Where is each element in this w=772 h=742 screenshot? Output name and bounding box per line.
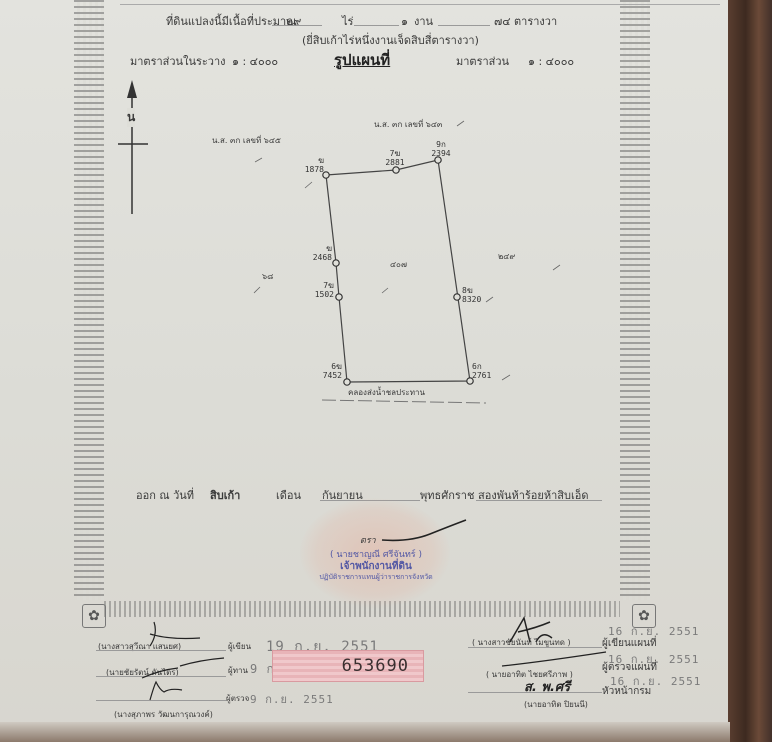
issue-year: สองพันห้าร้อยห้าสิบเอ็ด (478, 486, 588, 504)
reviewer-role: ผู้ทาน (228, 664, 248, 677)
point-label: ฆ2468 (308, 244, 332, 262)
serial-number-stamp: 653690 (272, 650, 424, 682)
map-checker-signature (500, 650, 610, 670)
chief-sign-line (468, 692, 602, 693)
point-label: 9ก2394 (428, 140, 454, 158)
year-label: พุทธศักราช (420, 486, 474, 504)
serial-number: 653690 (342, 656, 409, 676)
point-label: 6ก2761 (472, 362, 496, 380)
map-checker-date-stamp: 16 ก.ย. 2551 (608, 650, 699, 668)
month-label: เดือน (276, 486, 301, 504)
officer-blue-stamp: ( นายชาญณี ศรีจันทร์ ) เจ้าพนักงานที่ดิน… (306, 550, 446, 586)
map-writer-sign-line (468, 647, 602, 648)
officer-signature-stroke (380, 516, 470, 546)
point-label: 8ฆ8320 (462, 286, 486, 304)
point-label: ฆ1878 (302, 156, 324, 174)
officer-signature: ตรา (360, 533, 376, 547)
year-underline (476, 500, 602, 501)
chief-signature: ส. พ.ศรี (524, 676, 570, 697)
chief-date-stamp: 16 ก.ย. 2551 (610, 672, 701, 690)
point-label: 6ฆ7452 (318, 362, 342, 380)
handwritten-signatures (140, 620, 230, 710)
wooden-table-background (728, 0, 772, 742)
map-writer-date-stamp: 16 ก.ย. 2551 (608, 622, 699, 640)
point-label: 7ฆ2881 (382, 149, 408, 167)
writer-role: ผู้เขียน (228, 640, 251, 653)
issue-day: สิบเก้า (210, 486, 240, 504)
chief-name: (นายอาทิต ปิยนนี) (524, 698, 588, 711)
inspector-date-stamp: 9 ก.ย. 2551 (250, 690, 334, 708)
point-label: 7ฆ1502 (310, 281, 334, 299)
issued-at-label: ออก ณ วันที่ (136, 486, 194, 504)
